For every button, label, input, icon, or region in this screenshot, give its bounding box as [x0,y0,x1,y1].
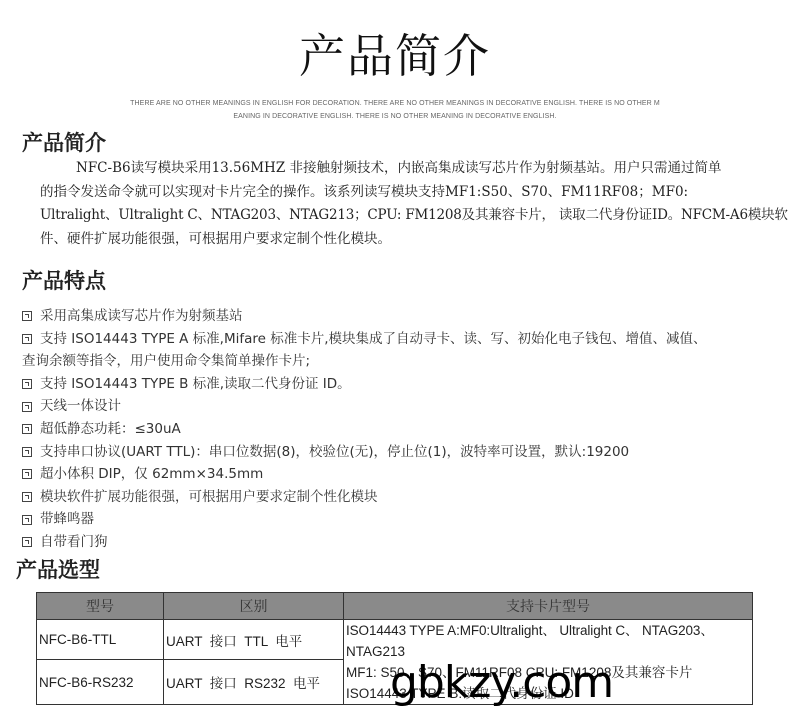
features-list: 采用高集成读写芯片作为射频基站 支持 ISO14443 TYPE A 标准,Mi… [22,305,782,554]
difference-cell: UART 接口 RS232 电平 [164,660,344,705]
checkbox-bullet-icon [22,424,32,434]
intro-line: Ultralight、Ultralight C、NTAG203、NTAG213；… [40,204,780,228]
checkbox-bullet-icon [22,492,32,502]
column-header-supported-cards: 支持卡片型号 [344,593,753,620]
checkbox-bullet-icon [22,447,32,457]
checkbox-bullet-icon [22,402,32,412]
decorative-subtitle-line-1: THERE ARE NO OTHER MEANINGS IN ENGLISH F… [0,97,790,110]
table-row: NFC-B6-TTL UART 接口 TTL 电平 ISO14443 TYPE … [37,620,753,660]
intro-line: 的指令发送命令就可以实现对卡片完全的操作。该系列读写模块支持MF1:S50、S7… [40,181,780,205]
feature-item: 天线一体设计 [22,395,782,418]
checkbox-bullet-icon [22,311,32,321]
table-header-row: 型号 区别 支持卡片型号 [37,593,753,620]
column-header-difference: 区别 [164,593,344,620]
supported-cards-line: ISO14443 TYPE A:MF0:Ultralight、 Ultralig… [344,620,752,641]
model-cell: NFC-B6-RS232 [37,660,164,705]
intro-line: NFC-B6读写模块采用13.56MHZ 非接触射频技术，内嵌高集成读写芯片作为… [40,157,780,181]
hero-title: 产品简介 [0,28,790,84]
feature-item: 采用高集成读写芯片作为射频基站 [22,305,782,328]
checkbox-bullet-icon [22,379,32,389]
feature-item: 自带看门狗 [22,531,782,554]
feature-item: 支持 ISO14443 TYPE B 标准,读取二代身份证 ID。 [22,373,782,396]
watermark: gbkzy.com [390,658,613,708]
checkbox-bullet-icon [22,515,32,525]
checkbox-bullet-icon [22,537,32,547]
feature-item: 超低静态功耗：≤30uA [22,418,782,441]
column-header-model: 型号 [37,593,164,620]
intro-heading: 产品简介 [22,130,106,156]
feature-item: 带蜂鸣器 [22,508,782,531]
checkbox-bullet-icon [22,469,32,479]
intro-line: 件、硬件扩展功能很强，可根据用户要求定制个性化模块。 [40,228,780,252]
difference-cell: UART 接口 TTL 电平 [164,620,344,660]
feature-item: 支持 ISO14443 TYPE A 标准,Mifare 标准卡片,模块集成了自… [22,328,782,351]
feature-item: 超小体积 DIP，仅 62mm×34.5mm [22,463,782,486]
selection-heading: 产品选型 [16,557,100,583]
features-heading: 产品特点 [22,268,106,294]
intro-paragraph: NFC-B6读写模块采用13.56MHZ 非接触射频技术，内嵌高集成读写芯片作为… [40,157,780,251]
feature-item-continuation: 查询余额等指令，用户使用命令集简单操作卡片; [22,350,782,373]
feature-item: 支持串口协议(UART TTL)：串口位数据(8)，校验位(无)，停止位(1)，… [22,441,782,464]
checkbox-bullet-icon [22,334,32,344]
feature-item: 模块软件扩展功能很强，可根据用户要求定制个性化模块 [22,486,782,509]
decorative-subtitle-line-2: EANING IN DECORATIVE ENGLISH. THERE IS N… [0,110,790,123]
model-cell: NFC-B6-TTL [37,620,164,660]
